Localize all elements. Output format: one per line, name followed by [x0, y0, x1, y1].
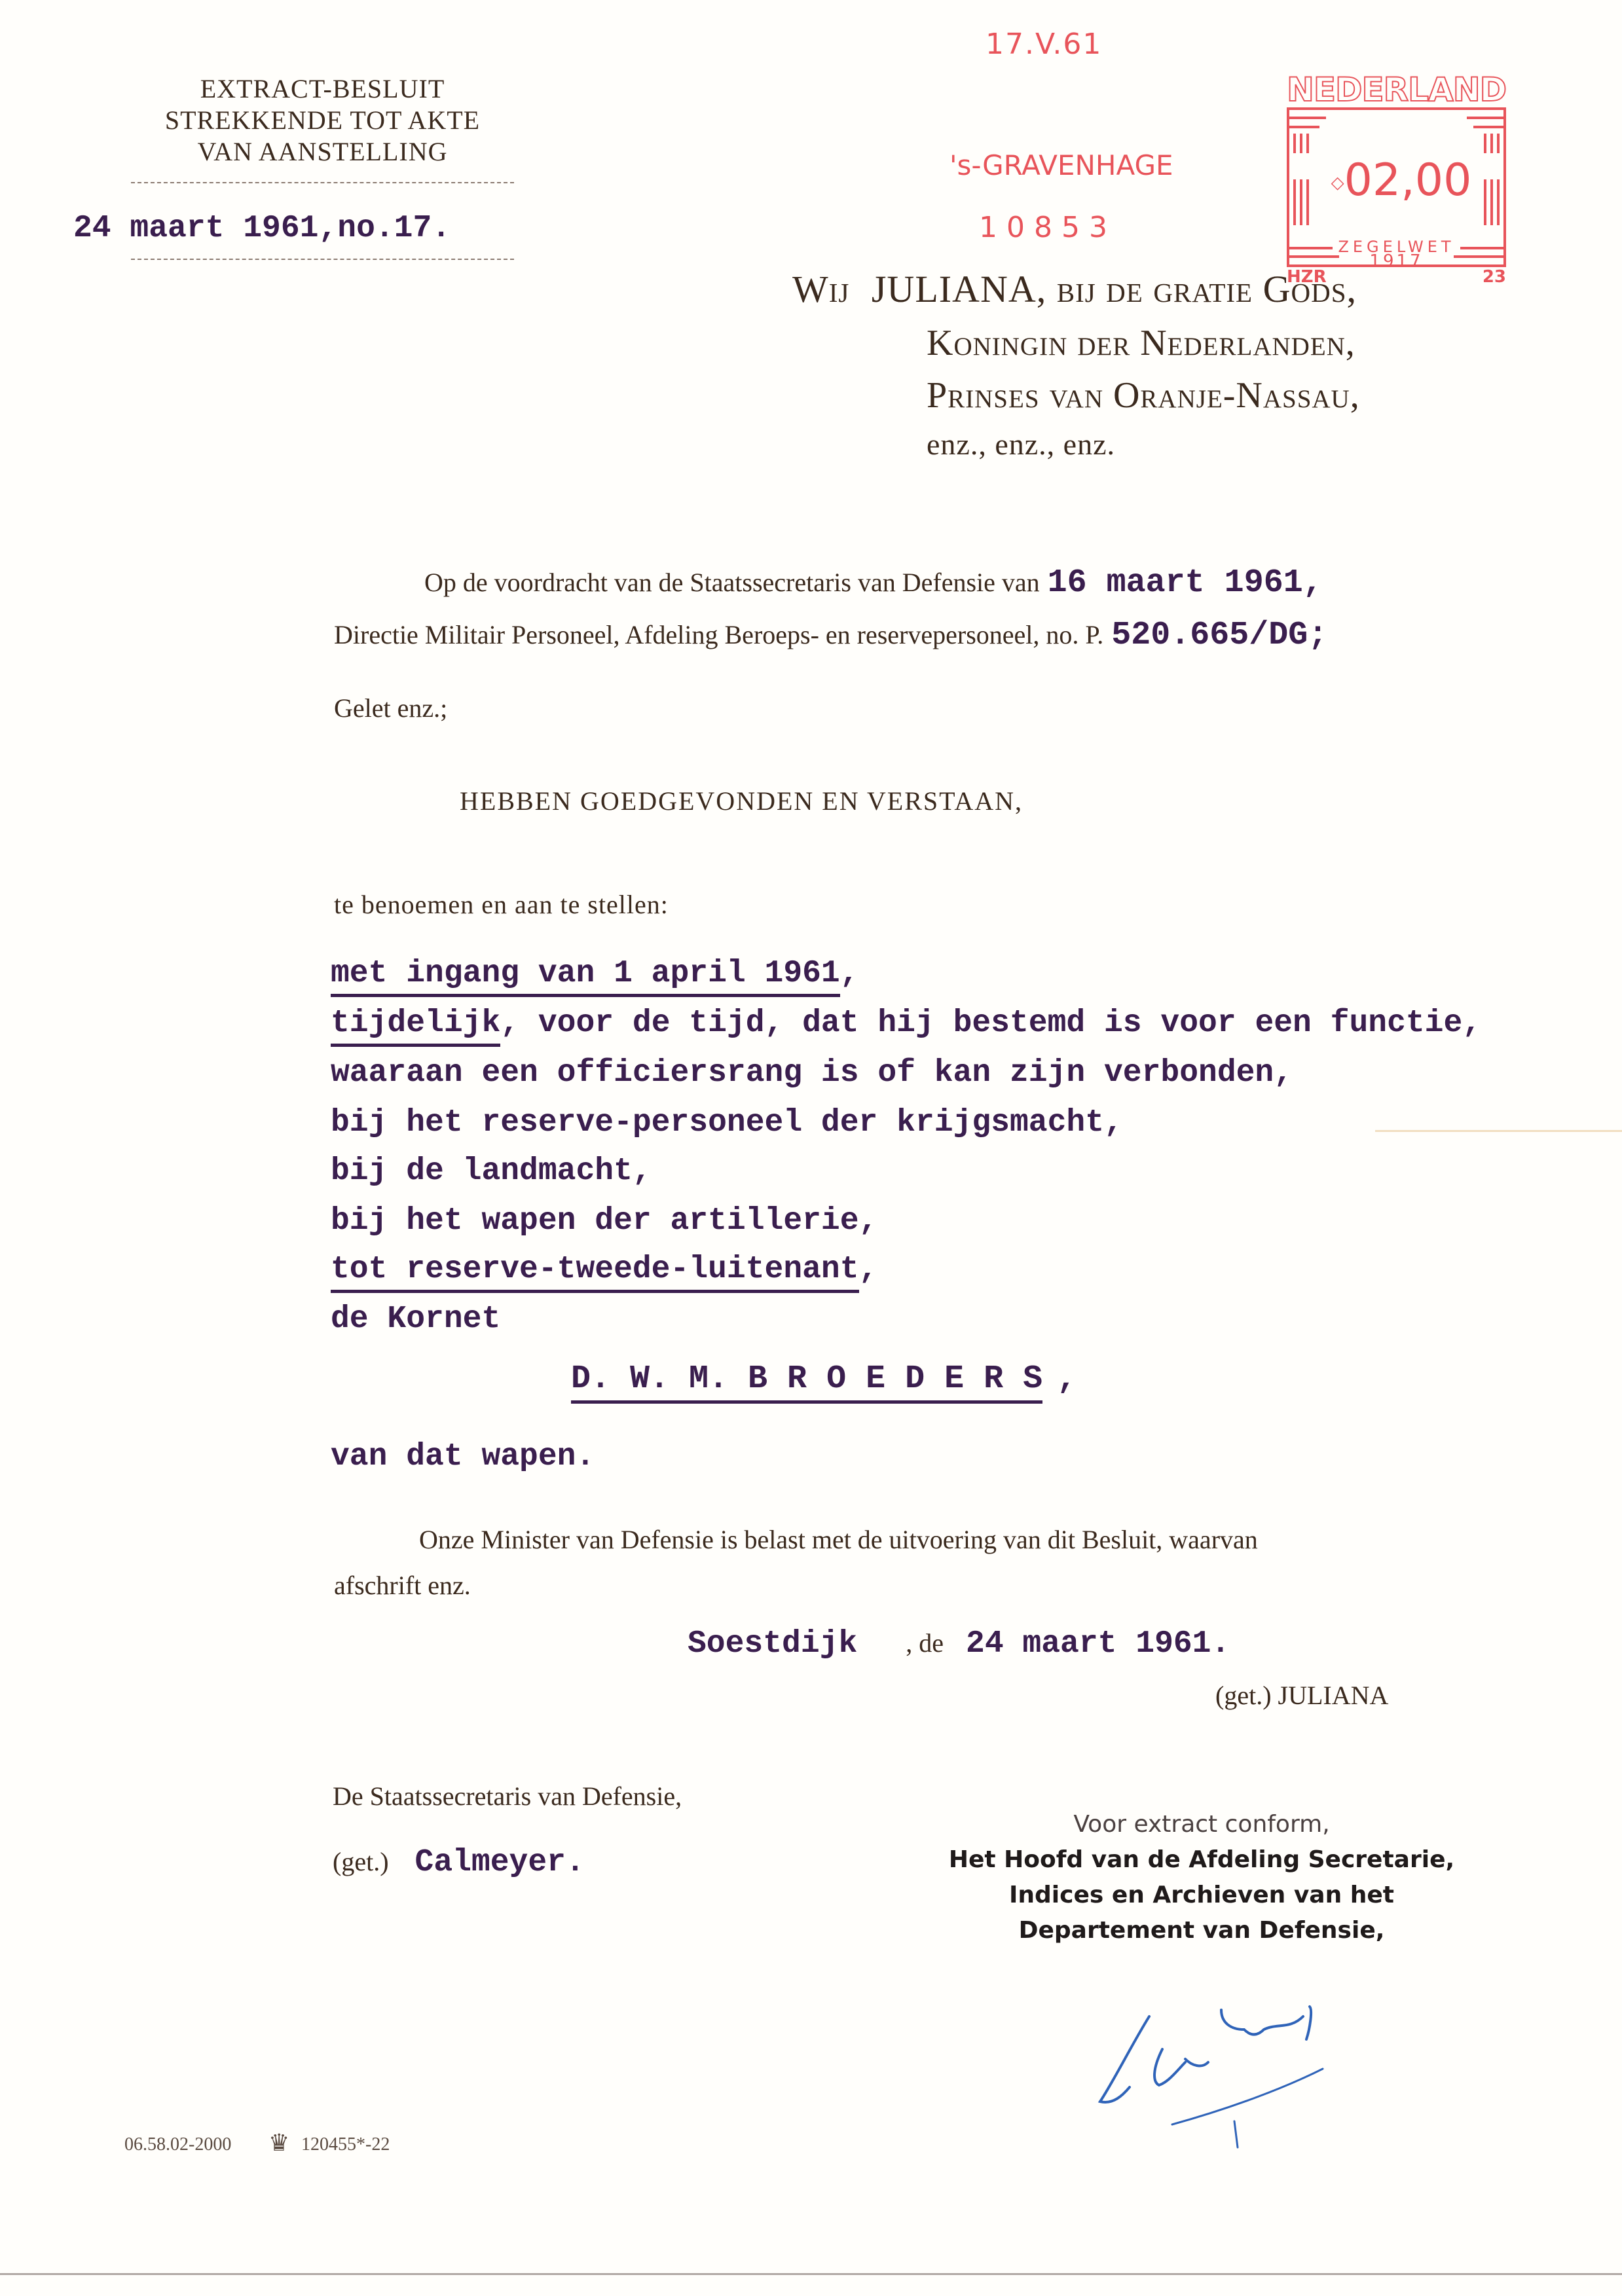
reference-number: 520.665/DG; [1111, 617, 1327, 654]
decision-intro: te benoemen en aan te stellen: [334, 889, 669, 920]
stamp-code-right: 23 [1483, 267, 1506, 287]
certification-line-2: Het Hoofd van de Afdeling Secretarie, [913, 1842, 1490, 1878]
header-title-line-3: VAN AANSTELLING [131, 136, 514, 168]
decision-heading: HEBBEN GOEDGEVONDEN EN VERSTAAN, [460, 786, 1023, 816]
appointment-line-8: de Kornet [331, 1302, 500, 1337]
execution-line-1: Onze Minister van Defensie is belast met… [419, 1524, 1258, 1555]
postage-meter-frame: NEDERLAND ◇02,00 ZEGELWET 1917 HZR 23 [1287, 71, 1506, 280]
appointee-name-line: D. W. M. B R O E D E R S, [571, 1360, 1077, 1398]
preamble-line-2: Directie Militair Personeel, Afdeling Be… [334, 617, 1327, 654]
signing-date: 24 maart 1961. [966, 1626, 1230, 1662]
certification-line-1: Voor extract conform, [913, 1807, 1490, 1842]
header-title-line-1: EXTRACT-BESLUIT [131, 73, 514, 105]
stamp-value-amount: 02,00 [1344, 155, 1472, 206]
preamble-text-1: Op de voordracht van de Staatssecretaris… [424, 568, 1040, 597]
royal-title-line-4: enz., enz., enz. [927, 427, 1115, 462]
appointment-line-7-rest: , [859, 1252, 878, 1287]
countersign-name: Calmeyer. [415, 1845, 585, 1880]
certification-line-4: Departement van Defensie, [913, 1913, 1490, 1948]
royal-title-line-3: Prinses van Oranje-Nassau, [927, 374, 1360, 416]
handwritten-signature-icon [1087, 1971, 1388, 2154]
document-header: EXTRACT-BESLUIT STREKKENDE TOT AKTE VAN … [131, 73, 514, 168]
gelet-line: Gelet enz.; [334, 693, 447, 723]
header-title-line-2: STREKKENDE TOT AKTE [131, 105, 514, 136]
stamp-country: NEDERLAND [1287, 71, 1506, 109]
appointment-line-2-rest: , voor de tijd, dat hij bestemd is voor … [500, 1006, 1481, 1041]
appointment-line-5: bij de landmacht, [331, 1154, 652, 1189]
signing-place: Soestdijk [688, 1626, 857, 1662]
stamp-date: 17.V.61 [986, 27, 1102, 61]
stamp-diamond-icon: ◇ [1331, 173, 1344, 192]
stamp-city: 's-GRAVENHAGE [949, 149, 1173, 181]
header-divider-top [131, 182, 514, 183]
footer-form-code: 06.58.02-2000 [124, 2134, 231, 2155]
document-page: EXTRACT-BESLUIT STREKKENDE TOT AKTE VAN … [0, 0, 1622, 2296]
royal-prefix: Wij [792, 268, 849, 310]
appointment-line-1: met ingang van 1 april 1961, [331, 956, 859, 991]
temporary-underlined: tijdelijk [331, 1006, 500, 1047]
appointment-line-6: bij het wapen der artillerie, [331, 1203, 877, 1239]
countersign-title: De Staatssecretaris van Defensie, [333, 1781, 682, 1812]
paper-fold-line [1375, 1130, 1622, 1132]
appointee-name-comma: , [1057, 1360, 1077, 1398]
stamp-value: ◇02,00 [1326, 155, 1477, 206]
signing-line: Soestdijk , de 24 maart 1961. [688, 1626, 1230, 1662]
execution-line-2: afschrift enz. [334, 1570, 471, 1601]
appointment-line-1-rest: , [840, 956, 859, 991]
appointment-line-3: waaraan een officiersrang is of kan zijn… [331, 1055, 1293, 1091]
countersign-line: (get.) Calmeyer. [333, 1845, 585, 1880]
royal-title-line-2: Koningin der Nederlanden, [927, 322, 1355, 364]
crown-monogram-icon: ♛ [268, 2129, 289, 2157]
certification-stamp: Voor extract conform, Het Hoofd van de A… [913, 1807, 1490, 1948]
countersign-get-label: (get.) [333, 1847, 389, 1876]
header-divider-bottom [131, 259, 514, 260]
footer-print-code: 120455*-22 [301, 2134, 390, 2155]
preamble-text-2: Directie Militair Personeel, Afdeling Be… [334, 620, 1103, 649]
effective-date-underlined: met ingang van 1 april 1961 [331, 956, 840, 997]
appointment-line-2: tijdelijk, voor de tijd, dat hij bestemd… [331, 1006, 1481, 1041]
appointment-line-7: tot reserve-tweede-luitenant, [331, 1252, 877, 1287]
signing-connector: , de [906, 1628, 944, 1658]
royal-signature: (get.) JULIANA [1215, 1680, 1388, 1711]
royal-grace: bij de gratie Gods, [1057, 268, 1357, 310]
paper-bottom-edge [0, 2273, 1622, 2275]
rank-underlined: tot reserve-tweede-luitenant [331, 1252, 859, 1293]
royal-title-line-1: Wij JULIANA, bij de gratie Gods, [792, 267, 1357, 311]
royal-name: JULIANA, [872, 268, 1046, 310]
appointee-name: D. W. M. B R O E D E R S [571, 1360, 1042, 1404]
appointment-line-4: bij het reserve-personeel der krijgsmach… [331, 1105, 1123, 1140]
certification-line-3: Indices en Archieven van het [913, 1878, 1490, 1913]
appointment-closing: van dat wapen. [331, 1439, 595, 1474]
decree-date-number: 24 maart 1961,no.17. [73, 211, 451, 246]
proposal-date: 16 maart 1961, [1048, 564, 1323, 602]
preamble-line-1: Op de voordracht van de Staatssecretaris… [424, 564, 1323, 602]
stamp-serial: 10853 [979, 211, 1116, 244]
